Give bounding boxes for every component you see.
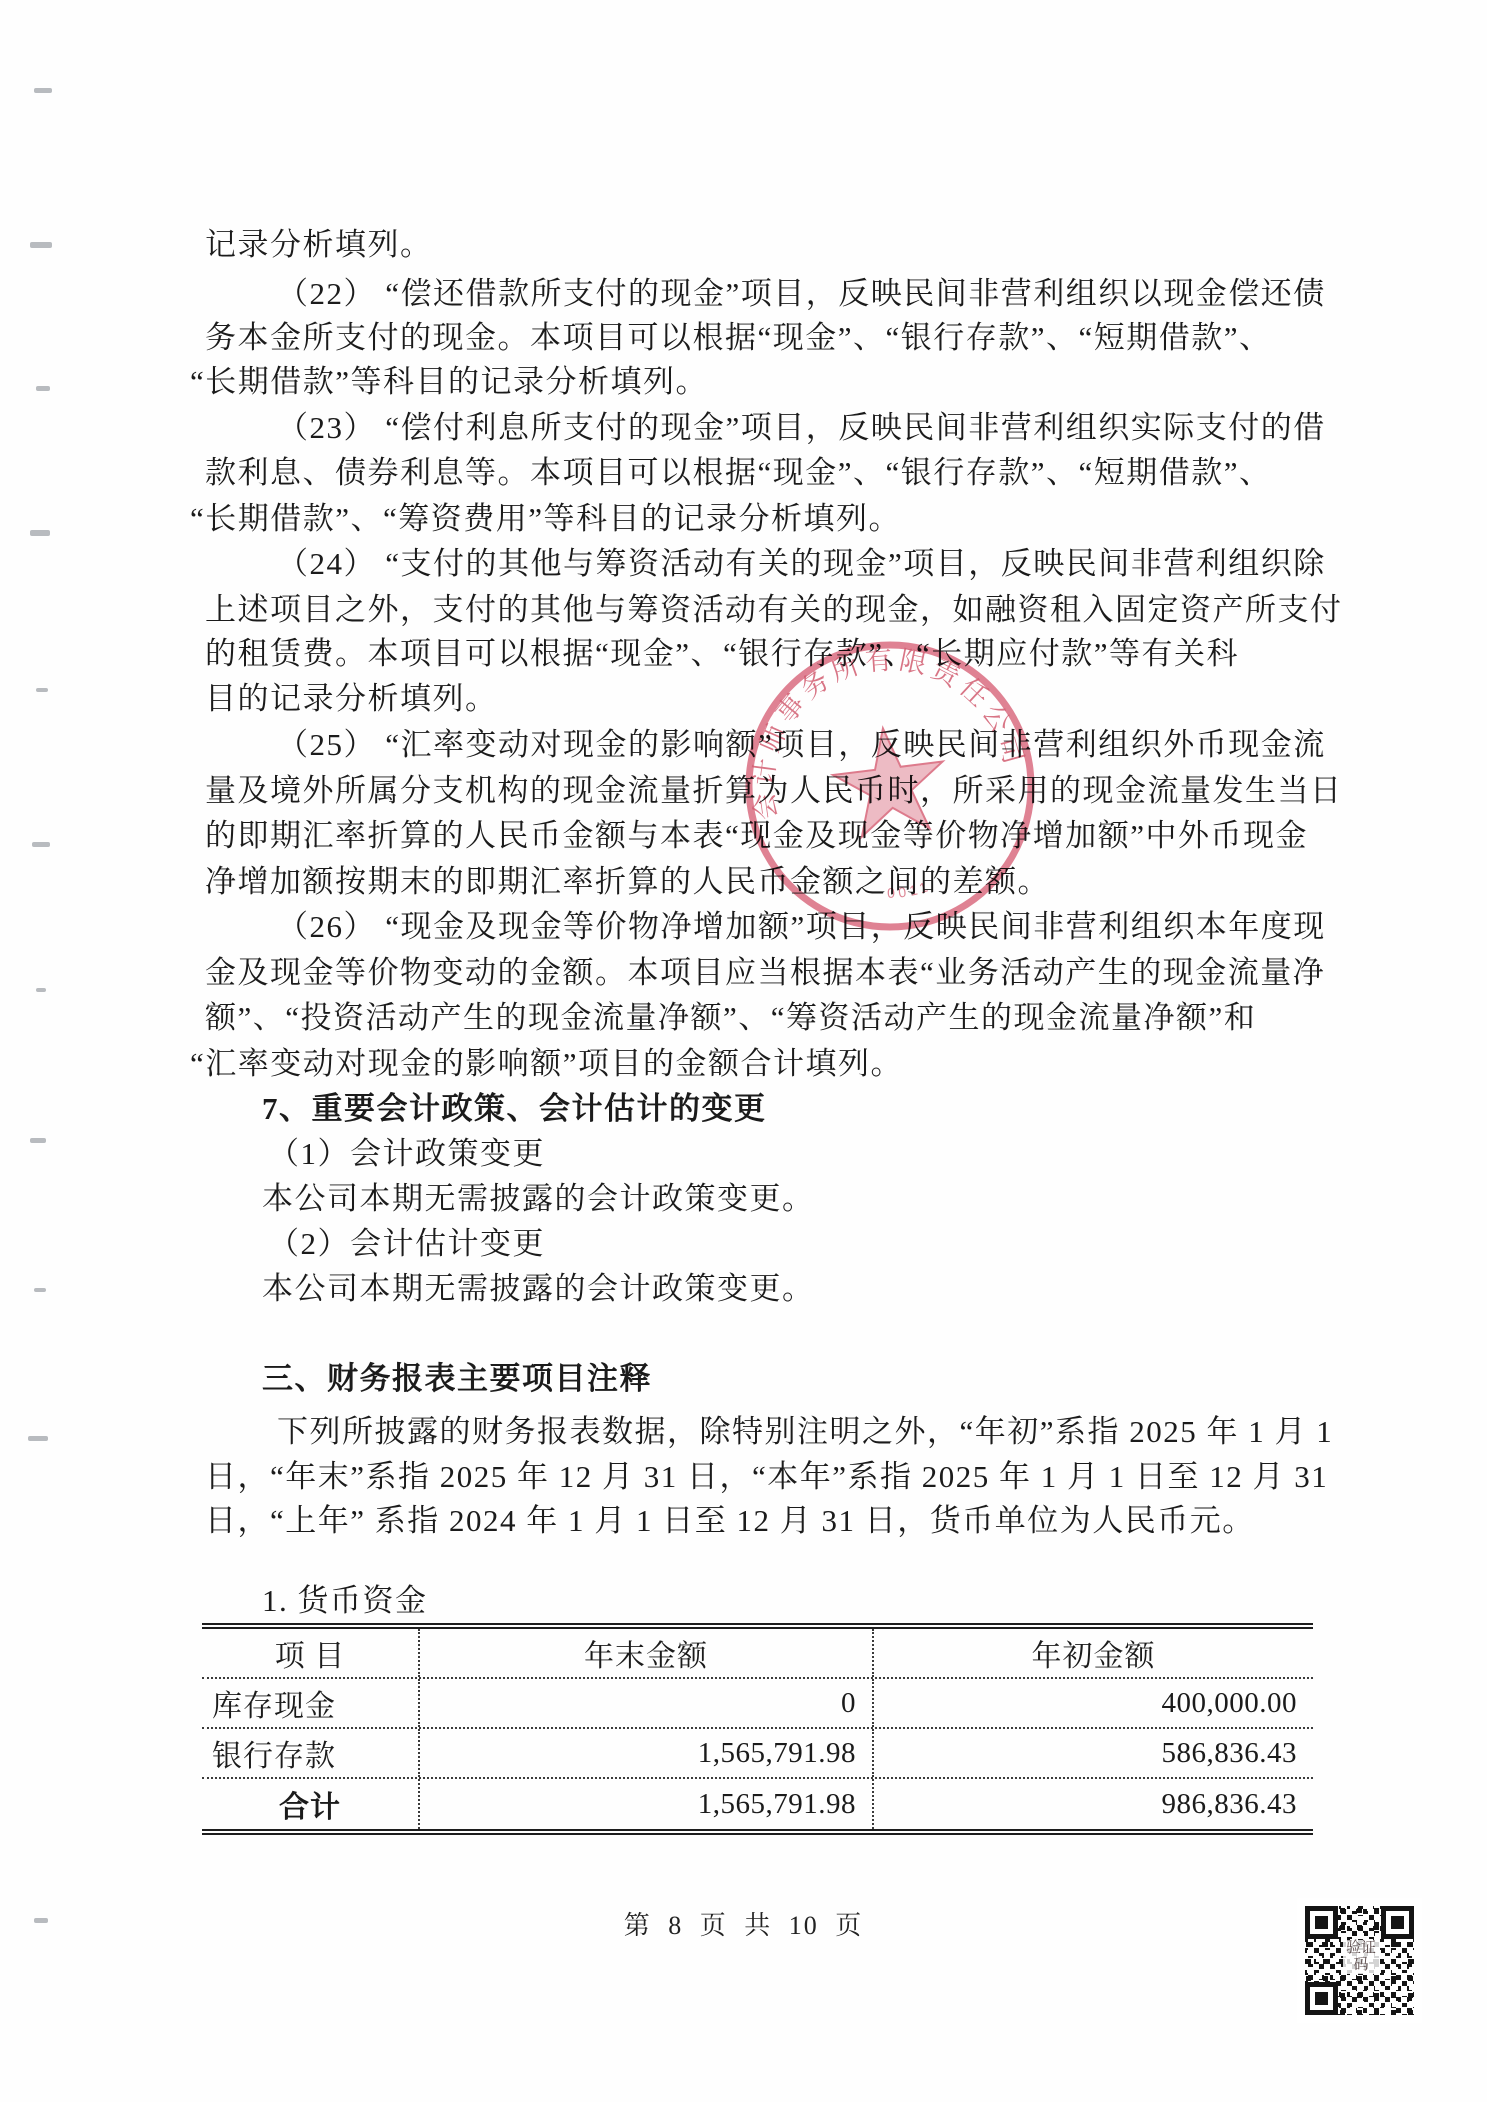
- text-line: 的租赁费。本项目可以根据“现金”、“银行存款”、“长期应付款”等有关科: [205, 634, 1239, 674]
- red-audit-seal: 会计师事务所有限责任公司 0011: [723, 619, 1057, 953]
- text-line: （22） “偿还借款所支付的现金”项目，反映民间非营利组织以现金偿还债: [277, 274, 1326, 314]
- text-line: “汇率变动对现金的影响额”项目的金额合计填列。: [190, 1044, 903, 1084]
- text-line: 本公司本期无需披露的会计政策变更。: [262, 1269, 815, 1309]
- header-year-begin: 年初金额: [872, 1629, 1313, 1677]
- section-heading: 三、财务报表主要项目注释: [262, 1359, 652, 1399]
- text-line: 日，“上年” 系指 2024 年 1 月 1 日至 12 月 31 日，货币单位…: [205, 1501, 1255, 1541]
- scan-artifact: [34, 1288, 46, 1292]
- text-line: 务本金所支付的现金。本项目可以根据“现金”、“银行存款”、“短期借款”、: [205, 318, 1272, 358]
- text-line: 额”、“投资活动产生的现金流量净额”、“筹资活动产生的现金流量净额”和: [205, 998, 1256, 1038]
- cell-year-end: 1,565,791.98: [418, 1779, 872, 1829]
- text-line: 下列所披露的财务报表数据，除特别注明之外，“年初”系指 2025 年 1 月 1: [277, 1412, 1333, 1452]
- text-line: 上述项目之外，支付的其他与筹资活动有关的现金，如融资租入固定资产所支付: [205, 590, 1343, 630]
- cell-year-begin: 586,836.43: [872, 1729, 1313, 1777]
- table-row: 银行存款 1,565,791.98 586,836.43: [202, 1729, 1313, 1779]
- text-line: 金及现金等价物变动的金额。本项目应当根据本表“业务活动产生的现金流量净: [205, 953, 1325, 993]
- text-line: （24） “支付的其他与筹资活动有关的现金”项目，反映民间非营利组织除: [277, 544, 1326, 584]
- scan-artifact: [36, 988, 46, 992]
- cell-year-end: 0: [418, 1679, 872, 1727]
- text-line: （1）会计政策变更: [268, 1134, 545, 1174]
- header-item: 项 目: [202, 1629, 418, 1677]
- seal-serial: 0011: [885, 877, 934, 902]
- text-line: 记录分析填列。: [205, 225, 433, 265]
- text-line: 款利息、债券利息等。本项目可以根据“现金”、“银行存款”、“短期借款”、: [205, 453, 1272, 493]
- text-line: 本公司本期无需披露的会计政策变更。: [262, 1179, 815, 1219]
- section-heading: 7、重要会计政策、会计估计的变更: [262, 1089, 767, 1129]
- scan-artifact: [36, 386, 50, 391]
- header-year-end: 年末金额: [418, 1629, 872, 1677]
- cell-year-begin: 400,000.00: [872, 1679, 1313, 1727]
- text-line: （2）会计估计变更: [268, 1224, 545, 1264]
- text-line: “长期借款”等科目的记录分析填列。: [190, 362, 708, 402]
- qr-center-label: 验证码: [1343, 1940, 1379, 1974]
- qr-finder-top-right: [1381, 1906, 1414, 1939]
- qr-finder-top-left: [1305, 1906, 1338, 1939]
- text-line: （23） “偿付利息所支付的现金”项目，反映民间非营利组织实际支付的借: [277, 408, 1326, 448]
- cell-total-label: 合计: [202, 1779, 418, 1829]
- qr-finder-bottom-left: [1305, 1982, 1338, 2015]
- scan-artifact: [30, 242, 52, 248]
- cell-item: 银行存款: [202, 1729, 418, 1777]
- cell-item: 库存现金: [202, 1679, 418, 1727]
- scan-artifact: [36, 688, 48, 692]
- cell-year-begin: 986,836.43: [872, 1779, 1313, 1829]
- seal-star-icon: [828, 722, 950, 840]
- table-caption: 1. 货币资金: [262, 1581, 428, 1621]
- scan-artifact: [28, 1436, 48, 1441]
- page-number-footer: 第 8 页 共 10 页: [0, 1905, 1487, 1942]
- scan-artifact: [34, 88, 52, 93]
- text-line: 目的记录分析填列。: [205, 679, 498, 719]
- table-total-row: 合计 1,565,791.98 986,836.43: [202, 1779, 1313, 1829]
- table-row: 库存现金 0 400,000.00: [202, 1679, 1313, 1729]
- text-line: “长期借款”、“筹资费用”等科目的记录分析填列。: [190, 499, 901, 539]
- verification-qr-code: 验证码: [1297, 1898, 1422, 2023]
- text-line: 日，“年末”系指 2025 年 12 月 31 日，“本年”系指 2025 年 …: [205, 1457, 1328, 1497]
- scanned-document-page: 记录分析填列。 （22） “偿还借款所支付的现金”项目，反映民间非营利组织以现金…: [0, 0, 1487, 2102]
- scan-artifact: [32, 842, 50, 847]
- scan-artifact: [30, 1138, 46, 1143]
- table-header-row: 项 目 年末金额 年初金额: [202, 1629, 1313, 1679]
- cell-year-end: 1,565,791.98: [418, 1729, 872, 1777]
- scan-artifact: [30, 530, 50, 536]
- svg-text:0011: 0011: [885, 877, 934, 902]
- monetary-funds-table: 项 目 年末金额 年初金额 库存现金 0 400,000.00 银行存款 1,5…: [202, 1623, 1313, 1835]
